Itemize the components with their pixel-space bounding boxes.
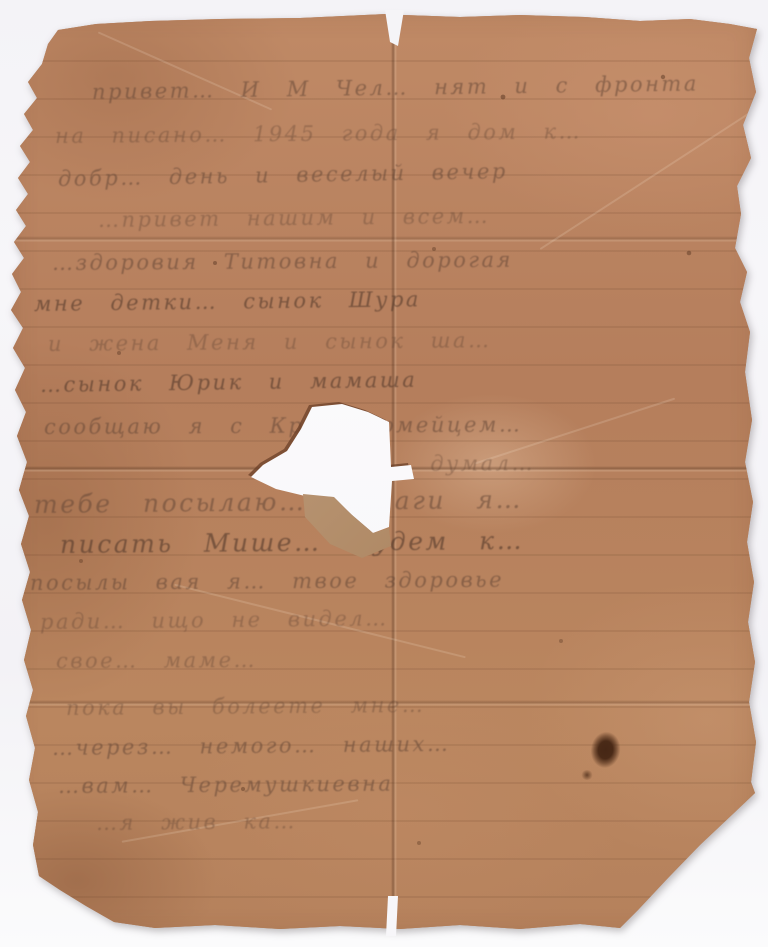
handwriting-line: привет… И М Чел… нят и с фронта [92, 72, 699, 104]
handwriting-line: писать Мише… Будем к… [60, 526, 524, 559]
scanner-background: привет… И М Чел… нят и с фронта на писан… [0, 0, 768, 947]
handwriting-line: …я жив ка… [96, 809, 297, 835]
handwriting-line: мне детки… сынок Шура [34, 287, 421, 316]
handwriting-line: …вам… Черемушкиевна [58, 772, 394, 798]
handwriting-line: пока вы болеете мне… [66, 693, 425, 720]
handwriting-line: ради… ищо не видел… [40, 606, 389, 634]
handwriting-line: …сынок Юрик и мамаша [40, 368, 418, 397]
handwriting-line: на писано… 1945 года я дом к… [55, 119, 582, 148]
handwriting-line: свое… маме… [56, 648, 257, 673]
handwriting-line: добр… день и веселый вечер [58, 159, 508, 191]
handwriting-line: …здоровия Титовна и дорогая [52, 248, 513, 275]
handwriting-line: посылы вая я… твое здоровье [30, 568, 504, 595]
paper-speckles [0, 0, 2, 2]
handwriting-line: сообщаю я с Красноармейцем… [44, 412, 522, 439]
ink-stain-dot [581, 770, 593, 780]
fold-crease-horizontal-1 [0, 236, 768, 242]
handwriting-line: …привет нашим и всем… [98, 204, 490, 232]
handwriting-line: и жена Меня и сынок ша… [48, 328, 492, 356]
handwriting-line: …через… немого… наших… [52, 732, 451, 760]
handwriting-line: тебе посылаю… бумаги я… [34, 485, 523, 519]
